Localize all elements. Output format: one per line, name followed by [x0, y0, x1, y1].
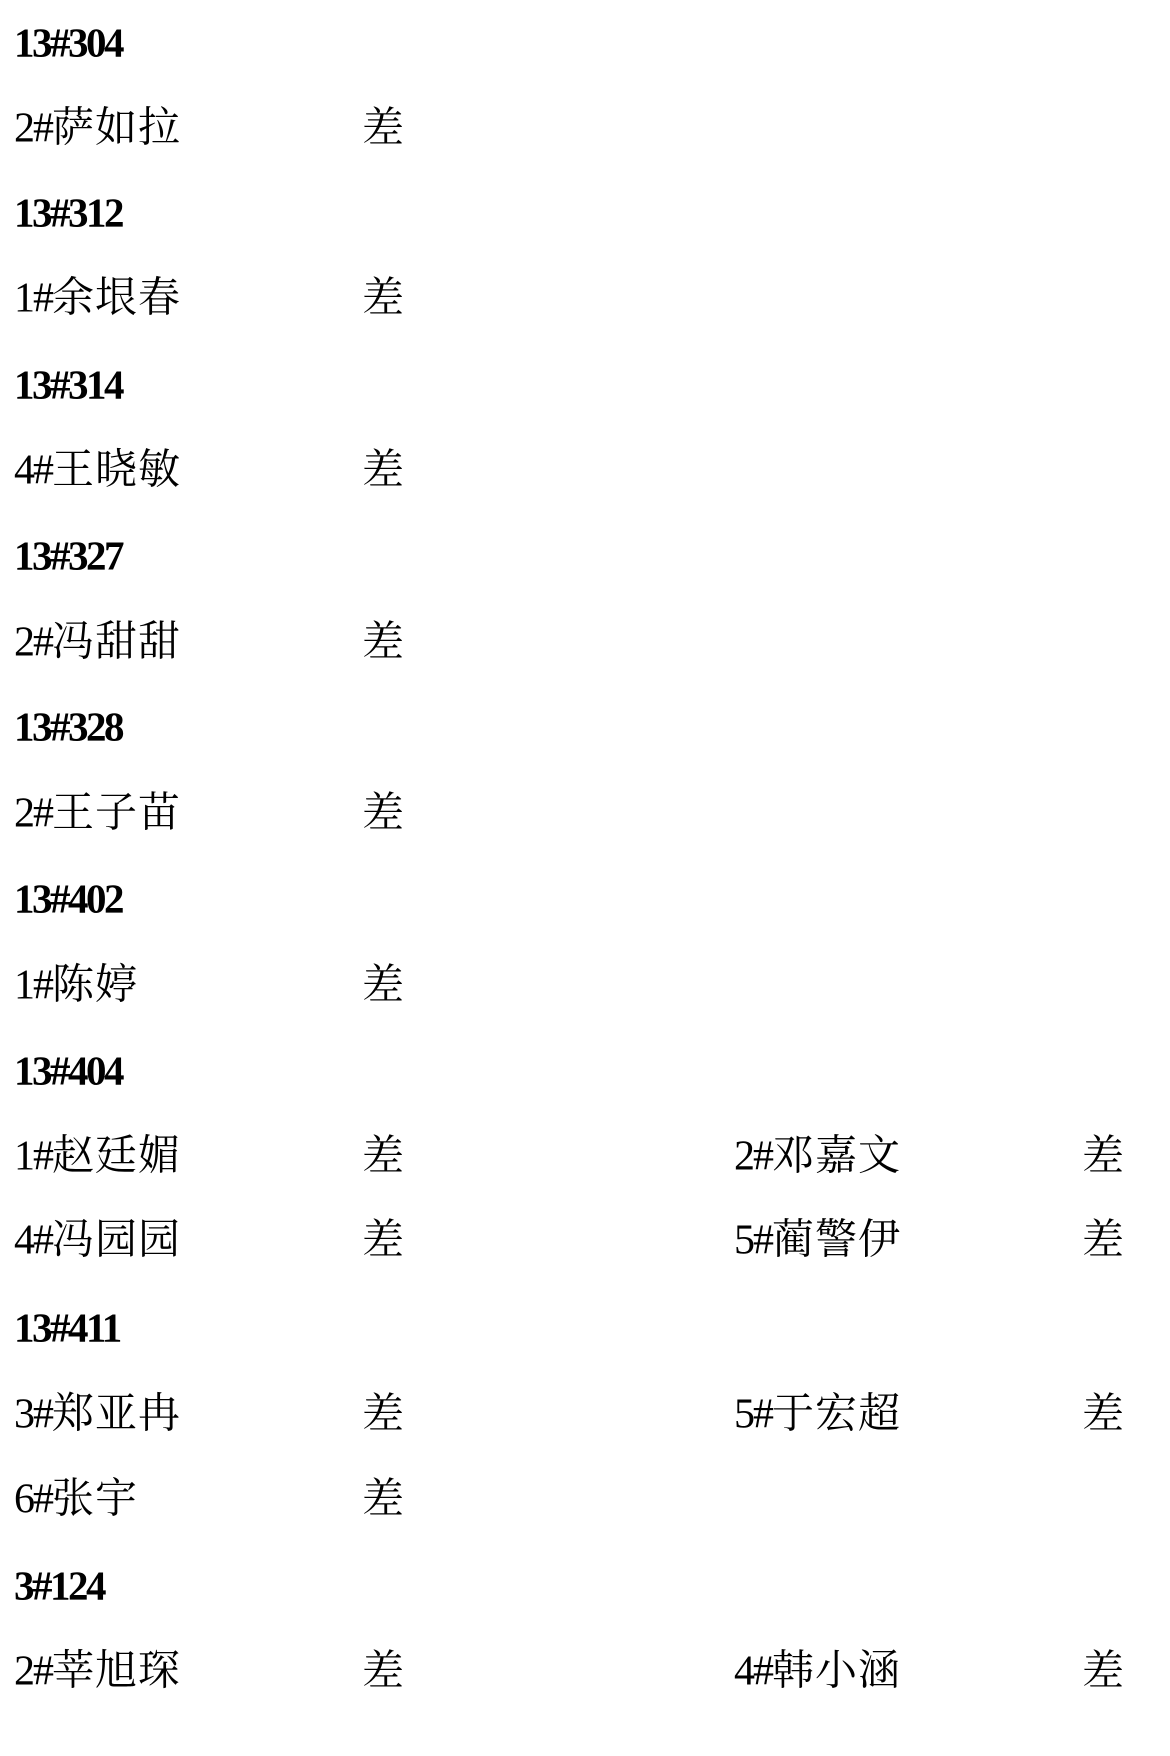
resident-name: 冯甜甜 — [52, 617, 181, 666]
resident-name: 冯园园 — [52, 1215, 181, 1264]
resident-entry: 2#王子苗 — [14, 792, 181, 835]
room-number: 13#402 — [14, 879, 122, 920]
room-number: 13#411 — [14, 1308, 120, 1349]
resident-row: 1#赵廷媚 差 2#邓嘉文 差 — [0, 1126, 1170, 1186]
resident-row: 6#张宇 差 — [0, 1469, 1170, 1529]
resident-name: 萨如拉 — [52, 103, 181, 152]
grade-label: 差 — [362, 1650, 404, 1692]
bed-number: 1# — [14, 963, 52, 1009]
resident-row: 4#王晓敏 差 — [0, 440, 1170, 500]
room-header-line: 13#327 — [0, 526, 1170, 586]
room-header-line: 13#314 — [0, 355, 1170, 415]
room-header-line: 3#124 — [0, 1556, 1170, 1616]
bed-number: 1# — [14, 1134, 52, 1180]
resident-name: 王晓敏 — [52, 445, 181, 494]
grade-label: 差 — [362, 1393, 404, 1435]
room-number: 13#304 — [14, 23, 122, 64]
resident-name: 莘旭琛 — [52, 1646, 181, 1695]
resident-row: 1#陈婷 差 — [0, 955, 1170, 1015]
grade-label: 差 — [362, 964, 404, 1006]
resident-entry: 5#蔺警伊 — [734, 1219, 901, 1262]
resident-entry: 2#莘旭琛 — [14, 1650, 181, 1693]
resident-name: 赵廷媚 — [52, 1131, 181, 1180]
grade-label: 差 — [1082, 1219, 1124, 1261]
grade-label: 差 — [1082, 1393, 1124, 1435]
dorm-inspection-list: 13#304 2#萨如拉 差 13#312 1#余垠春 差 13#314 4#王… — [0, 0, 1170, 1756]
resident-name: 王子苗 — [52, 788, 181, 837]
room-header-line: 13#402 — [0, 869, 1170, 929]
room-number: 13#314 — [14, 365, 122, 406]
grade-label: 差 — [362, 621, 404, 663]
bed-number: 2# — [14, 106, 52, 152]
grade-label: 差 — [362, 277, 404, 319]
resident-row: 3#郑亚冉 差 5#于宏超 差 — [0, 1384, 1170, 1444]
resident-entry: 6#张宇 — [14, 1478, 138, 1521]
grade-label: 差 — [362, 1478, 404, 1520]
grade-label: 差 — [1082, 1650, 1124, 1692]
resident-entry: 4#王晓敏 — [14, 449, 181, 492]
resident-row: 2#莘旭琛 差 4#韩小涵 差 — [0, 1641, 1170, 1701]
resident-name: 蔺警伊 — [772, 1215, 901, 1264]
bed-number: 6# — [14, 1477, 52, 1523]
room-header-line: 13#304 — [0, 13, 1170, 73]
bed-number: 2# — [14, 791, 52, 837]
room-header-line: 13#411 — [0, 1298, 1170, 1358]
grade-label: 差 — [362, 1219, 404, 1261]
bed-number: 4# — [14, 448, 52, 494]
grade-label: 差 — [362, 107, 404, 149]
bed-number: 3# — [14, 1392, 52, 1438]
bed-number: 2# — [14, 1649, 52, 1695]
resident-name: 韩小涵 — [772, 1646, 901, 1695]
resident-name: 邓嘉文 — [772, 1131, 901, 1180]
room-number: 13#404 — [14, 1051, 122, 1092]
bed-number: 5# — [734, 1218, 772, 1264]
room-number: 13#328 — [14, 707, 122, 748]
grade-label: 差 — [1082, 1135, 1124, 1177]
resident-name: 张宇 — [52, 1474, 138, 1523]
resident-entry: 2#冯甜甜 — [14, 621, 181, 664]
resident-name: 郑亚冉 — [52, 1389, 181, 1438]
room-number: 3#124 — [14, 1566, 104, 1607]
resident-entry: 4#韩小涵 — [734, 1650, 901, 1693]
bed-number: 5# — [734, 1392, 772, 1438]
resident-entry: 2#邓嘉文 — [734, 1135, 901, 1178]
grade-label: 差 — [362, 1135, 404, 1177]
resident-row: 2#萨如拉 差 — [0, 98, 1170, 158]
bed-number: 4# — [14, 1218, 52, 1264]
bed-number: 2# — [734, 1134, 772, 1180]
resident-name: 余垠春 — [52, 273, 181, 322]
room-header-line: 13#404 — [0, 1041, 1170, 1101]
bed-number: 2# — [14, 620, 52, 666]
resident-entry: 1#陈婷 — [14, 964, 138, 1007]
resident-entry: 2#萨如拉 — [14, 107, 181, 150]
resident-row: 4#冯园园 差 5#蔺警伊 差 — [0, 1210, 1170, 1270]
resident-name: 于宏超 — [772, 1389, 901, 1438]
room-number: 13#327 — [14, 536, 122, 577]
resident-name: 陈婷 — [52, 960, 138, 1009]
room-header-line: 13#328 — [0, 697, 1170, 757]
resident-entry: 1#赵廷媚 — [14, 1135, 181, 1178]
resident-row: 1#余垠春 差 — [0, 268, 1170, 328]
bed-number: 1# — [14, 276, 52, 322]
grade-label: 差 — [362, 792, 404, 834]
resident-entry: 1#余垠春 — [14, 277, 181, 320]
room-header-line: 13#312 — [0, 183, 1170, 243]
bed-number: 4# — [734, 1649, 772, 1695]
resident-row: 2#王子苗 差 — [0, 783, 1170, 843]
resident-entry: 5#于宏超 — [734, 1393, 901, 1436]
resident-row: 2#冯甜甜 差 — [0, 612, 1170, 672]
resident-entry: 3#郑亚冉 — [14, 1393, 181, 1436]
grade-label: 差 — [362, 449, 404, 491]
resident-entry: 4#冯园园 — [14, 1219, 181, 1262]
room-number: 13#312 — [14, 193, 122, 234]
